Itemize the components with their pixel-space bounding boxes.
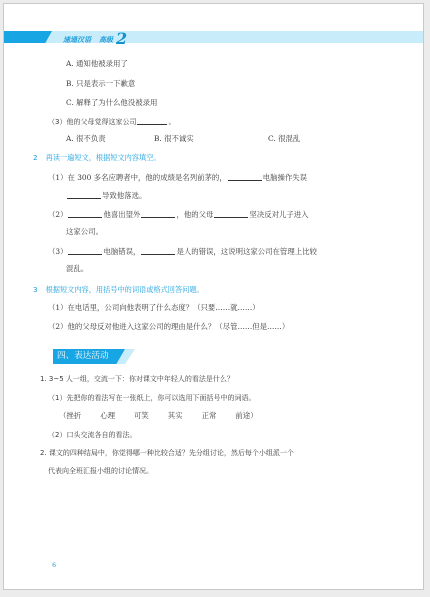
fill-blank[interactable] xyxy=(214,209,248,218)
fill-blank[interactable] xyxy=(137,116,167,125)
word-item: 挫折 xyxy=(66,411,81,421)
activity-2-cont: 代表向全班汇报小组的讨论情况。 xyxy=(48,466,153,476)
q3-option-b: B. 很不诚实 xyxy=(154,134,194,144)
fill-item-1: （1）在 300 多名应聘者中，他的成绩是名列前茅的，电脑操作失误 xyxy=(48,172,307,183)
fill-blank[interactable] xyxy=(141,246,175,255)
fill-blank[interactable] xyxy=(228,172,262,181)
fill-item-2: （2）他喜出望外，他的父母坚决反对儿子进入 xyxy=(48,209,309,220)
fill-blank[interactable] xyxy=(68,246,102,255)
fill-item-3-text2: 是人的错误，这说明这家公司在管理上比较 xyxy=(176,247,316,256)
fill-item-2-cont: 这家公司。 xyxy=(66,227,103,237)
fill-item-2-text1: 他喜出望外 xyxy=(103,210,140,219)
textbook-page: 速通汉语高级2 A. 通知他被录用了 B. 只是表示一下歉意 C. 解释了为什么… xyxy=(3,3,424,590)
running-header: 速通汉语高级2 xyxy=(63,31,127,43)
q3-option-a: A. 很不负责 xyxy=(66,134,106,144)
paren-close: ） xyxy=(250,411,257,421)
section-4-banner: 四、表达活动 xyxy=(53,349,135,364)
question-3-text: （3）他的父母觉得这家公司 xyxy=(48,118,136,126)
fill-item-1-text3: 导致他落选。 xyxy=(102,191,146,200)
book-title: 速通汉语 xyxy=(63,36,91,44)
word-item: 正常 xyxy=(202,411,217,421)
activity-1-sub-1: （1）先把你的看法写在一张纸上，你可以选用下面括号中的词语。 xyxy=(48,393,255,403)
header-accent-tab xyxy=(4,31,52,43)
fill-blank[interactable] xyxy=(68,209,102,218)
exercise-2-heading: 2再读一遍短文，根据短文内容填空。 xyxy=(33,153,161,163)
word-item: 其实 xyxy=(168,411,183,421)
exercise-2-number: 2 xyxy=(33,153,38,162)
question-3-end: 。 xyxy=(168,118,175,126)
option-c: C. 解释了为什么他没被录用 xyxy=(66,98,157,108)
word-list: （挫折心理可笑其实正常前途） xyxy=(59,411,277,421)
fill-item-1-text: （1）在 300 多名应聘者中，他的成绩是名列前茅的， xyxy=(48,173,227,182)
fill-blank[interactable] xyxy=(67,190,101,199)
answer-question-1: （1）在电话里，公司向他表明了什么态度？（只要……就……） xyxy=(48,303,260,313)
fill-item-2-text3: 坚决反对儿子进入 xyxy=(249,210,308,219)
paren-open: （ xyxy=(59,411,66,421)
activity-1: 1. 3~5 人一组，交流一下：你对课文中年轻人的看法是什么？ xyxy=(40,374,234,384)
exercise-2-instruction: 再读一遍短文，根据短文内容填空。 xyxy=(46,153,161,162)
page-number: 6 xyxy=(52,561,56,569)
activity-2: 2. 课文的四种结局中，你觉得哪一种比较合适？先分组讨论，然后每个小组派一个 xyxy=(40,448,294,458)
word-item: 前途 xyxy=(235,411,250,421)
exercise-3-number: 3 xyxy=(33,285,38,294)
option-b: B. 只是表示一下歉意 xyxy=(66,79,135,89)
q3-option-c: C. 很混乱 xyxy=(268,134,300,144)
fill-item-1-cont: 导致他落选。 xyxy=(66,190,146,201)
option-a: A. 通知他被录用了 xyxy=(66,59,128,69)
fill-item-3-text1: 电脑错误， xyxy=(103,247,140,256)
word-item: 心理 xyxy=(100,411,115,421)
fill-item-3-label: （3） xyxy=(48,247,67,256)
section-4-title: 四、表达活动 xyxy=(57,349,109,364)
fill-item-2-label: （2） xyxy=(48,210,67,219)
exercise-3-instruction: 根据短文内容，用括号中的词语或格式回答问题。 xyxy=(46,285,204,294)
question-3: （3）他的父母觉得这家公司。 xyxy=(48,116,175,127)
fill-item-3: （3）电脑错误，是人的错误，这说明这家公司在管理上比较 xyxy=(48,246,317,257)
answer-question-2: （2）他的父母反对他进入这家公司的理由是什么？（尽管……但是……） xyxy=(48,322,289,332)
activity-1-sub-2: （2）口头交流各自的看法。 xyxy=(48,430,136,440)
word-item: 可笑 xyxy=(134,411,149,421)
fill-item-3-cont: 混乱。 xyxy=(66,264,88,274)
exercise-3-heading: 3根据短文内容，用括号中的词语或格式回答问题。 xyxy=(33,285,204,295)
fill-item-2-text2: ，他的父母 xyxy=(176,210,213,219)
fill-blank[interactable] xyxy=(141,209,175,218)
fill-item-1-text2: 电脑操作失误 xyxy=(263,173,307,182)
volume-number: 2 xyxy=(116,29,127,48)
book-level: 高级 xyxy=(99,36,113,44)
